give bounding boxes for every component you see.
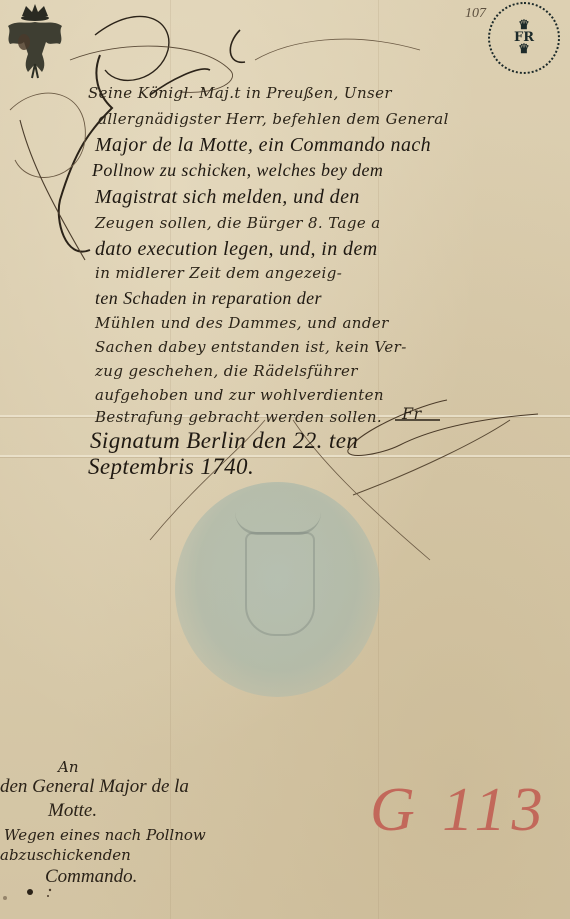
body-line: allergnädigster Herr, befehlen dem Gener… (98, 110, 449, 128)
address-line: abzuschickenden (0, 846, 131, 864)
body-line: Major de la Motte, ein Commando nach (95, 134, 431, 157)
dateline-date: Septembris 1740. (88, 454, 254, 480)
body-line: in midlerer Zeit dem angezeig- (95, 264, 342, 282)
address-line: den General Major de la (0, 776, 189, 798)
royal-monogram-stamp: ♛ FR ♛ (488, 2, 560, 74)
coat-of-arms-icon (245, 532, 315, 636)
body-line: aufgehoben und zur wohlverdienten (95, 386, 384, 404)
address-line: Wegen eines nach Pollnow (4, 826, 206, 844)
body-line: Pollnow zu schicken, welches bey dem (92, 160, 383, 181)
dateline-place: Signatum Berlin den 22. ten (90, 428, 358, 454)
embossed-seal (175, 482, 380, 697)
body-line: zug geschehen, die Rädelsführer (95, 362, 358, 380)
crown-monogram-icon: ♛ FR ♛ (514, 20, 534, 56)
body-line: dato execution legen, und, in dem (95, 238, 378, 261)
royal-signature: Fr (402, 404, 422, 423)
address-line: An (58, 758, 79, 776)
body-line: Sachen dabey entstanden ist, kein Ver- (95, 338, 407, 356)
address-line: Motte. (48, 800, 97, 822)
body-line: Magistrat sich melden, und den (95, 186, 360, 209)
body-line: Zeugen sollen, die Bürger 8. Tage a (95, 214, 381, 232)
ink-specks (0, 870, 80, 910)
archive-number: 107 (465, 6, 486, 22)
body-line: Seine Königl. Maj.t in Preußen, Unser (88, 84, 392, 102)
archival-red-mark: G 113 (370, 775, 549, 846)
body-line: Mühlen und des Dammes, und ander (95, 314, 389, 332)
body-line: Bestrafung gebracht werden sollen. (95, 408, 382, 426)
body-line: ten Schaden in reparation der (95, 288, 322, 309)
